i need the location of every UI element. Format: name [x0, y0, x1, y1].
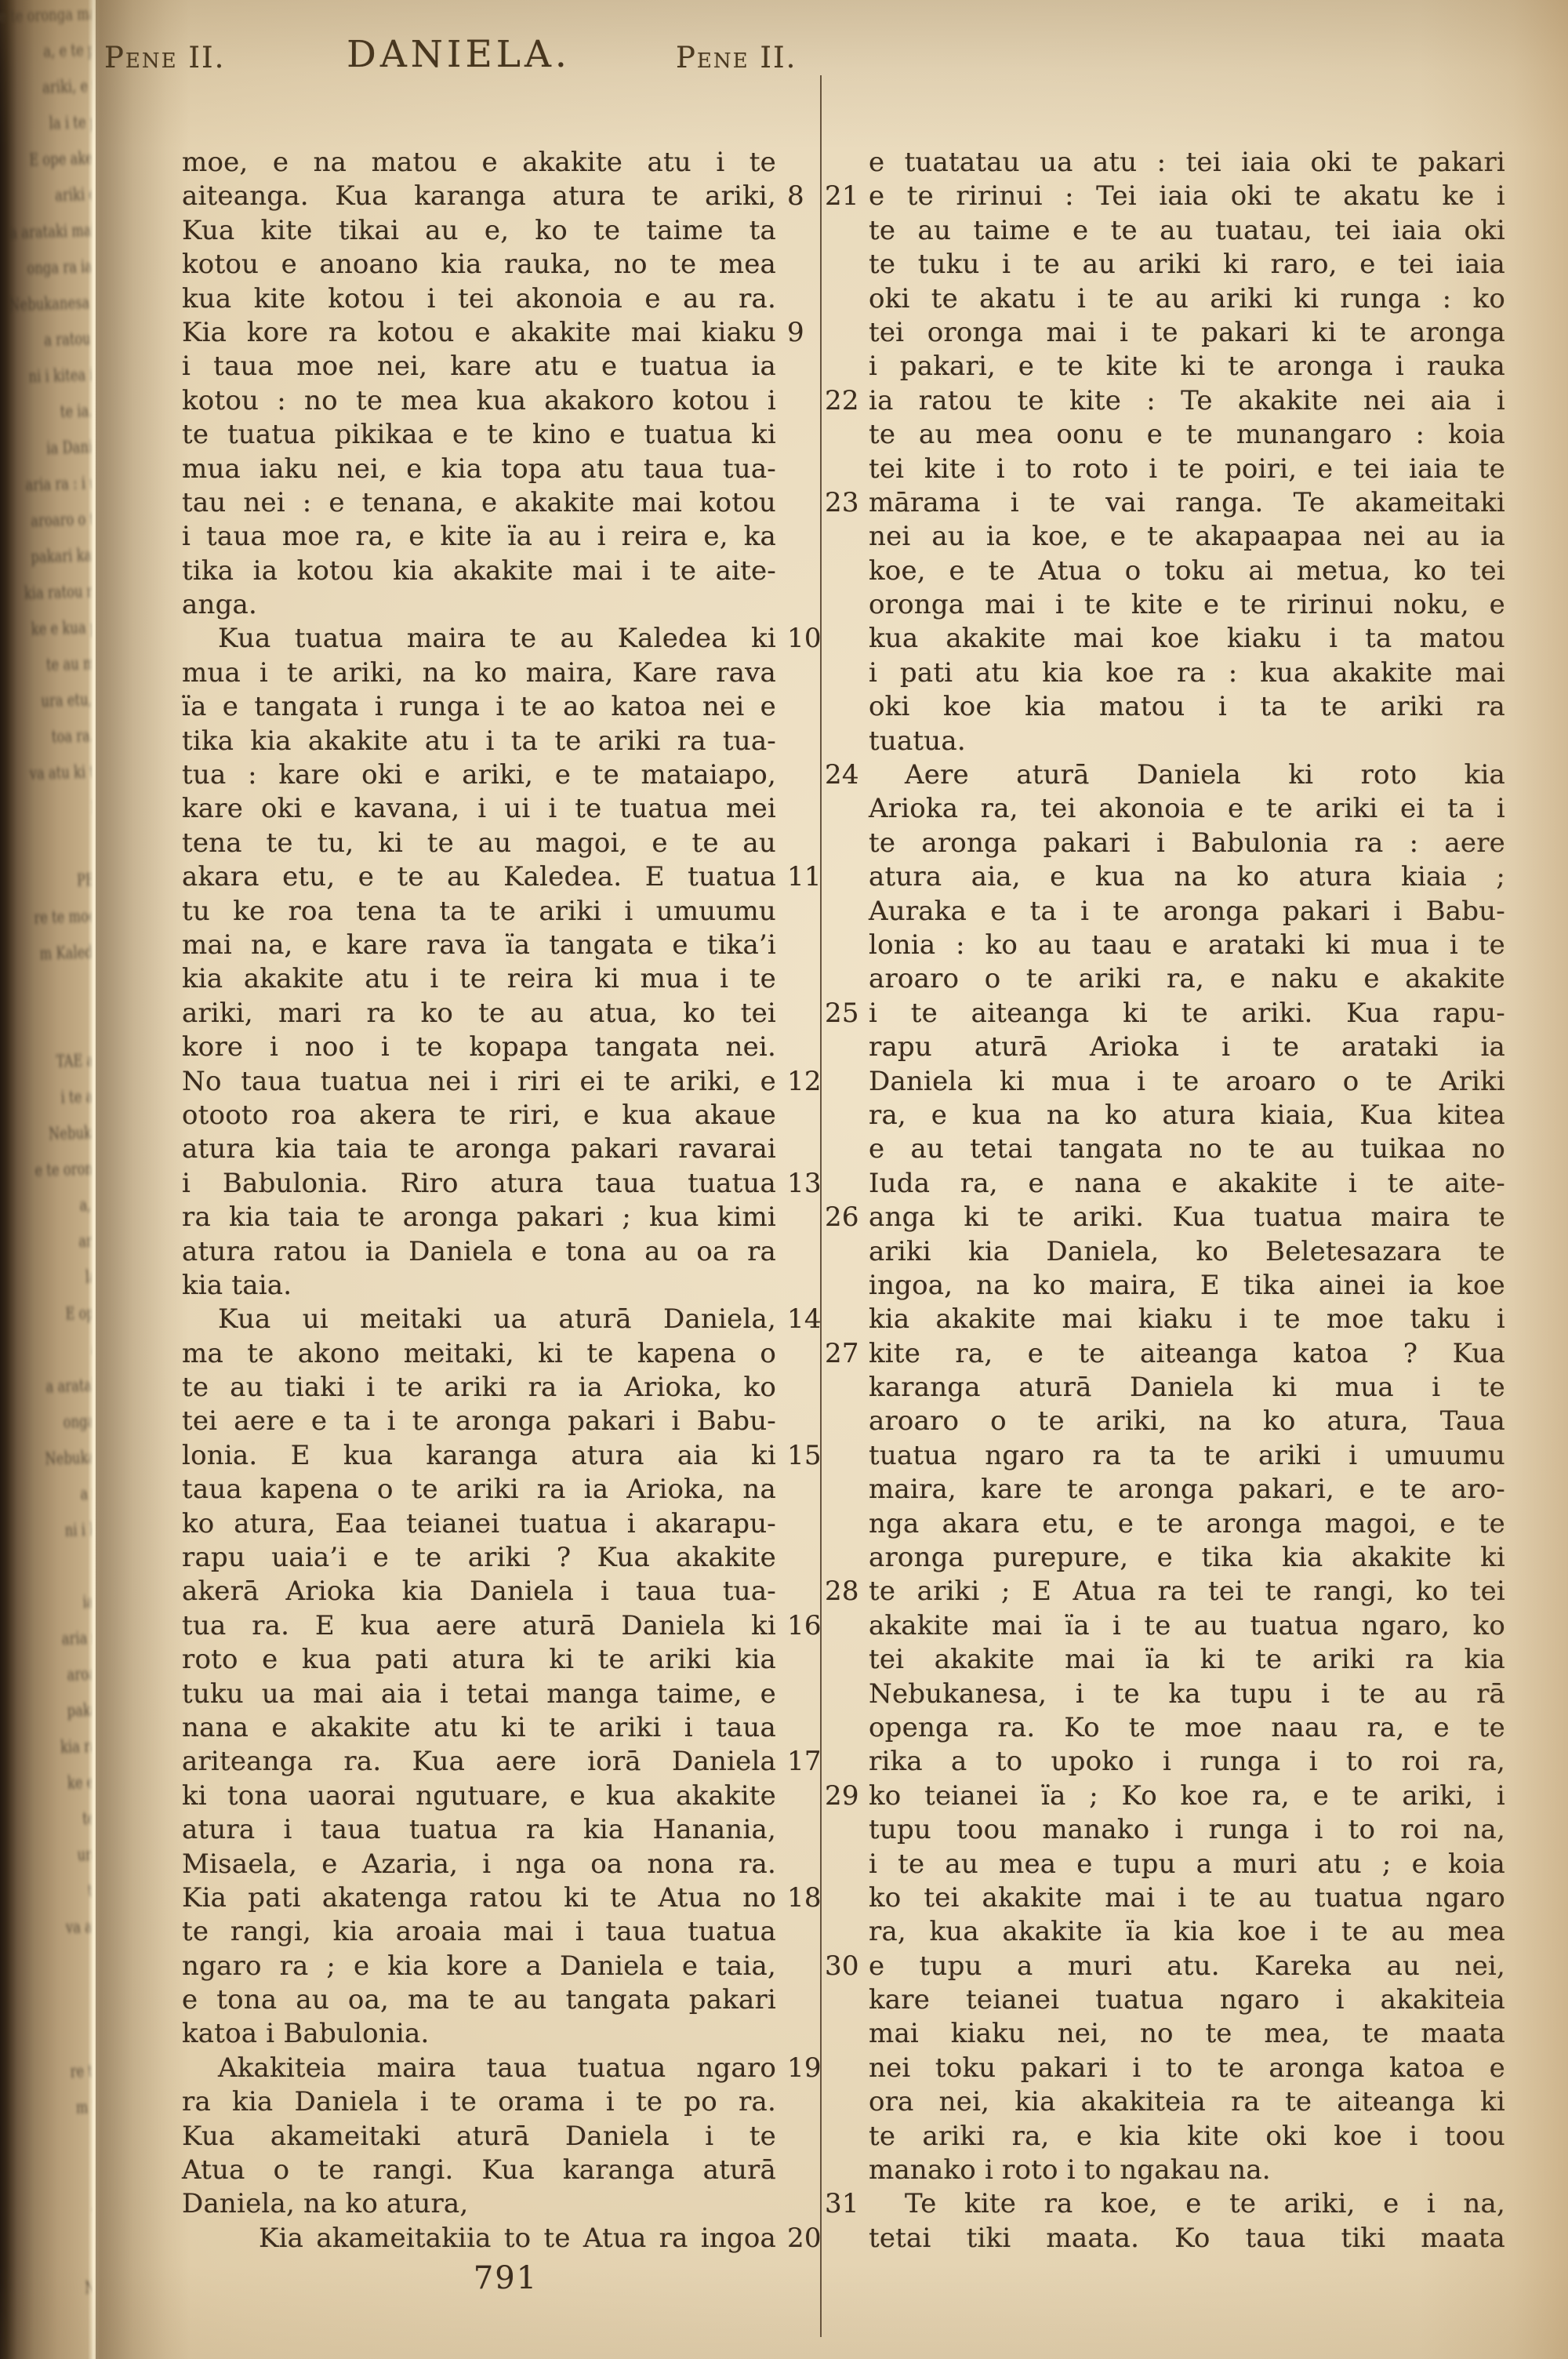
text-line: ko atura, Eaa teianei tuatua i akarapu- [182, 1507, 776, 1541]
verse-number: 25 [825, 997, 866, 1030]
text-line: rika a to upoko i runga i to roi ra, [869, 1745, 1505, 1779]
text-line: akakite mai ïa i te au tuatua ngaro, ko [869, 1609, 1505, 1643]
verse-number: 24 [825, 758, 866, 792]
text-line: tena te tu, ki te au magoi, e te au [182, 827, 776, 860]
text-line: tupu toou manako i runga i to roi na, [869, 1813, 1505, 1847]
text-line: moe, e na matou e akakite atu i te [182, 146, 776, 180]
facing-page-fragment: ariki e a [40, 1329, 93, 1369]
verse-number: 10 [787, 622, 822, 656]
facing-page-fragment: a arataki maira [41, 1365, 93, 1405]
text-line: lonia. E kua karanga atura aia ki15 [182, 1439, 776, 1473]
facing-page-fragment: onga ra ia ra [6, 248, 93, 287]
facing-page-fragment: ariki, e te [0, 67, 93, 107]
text-line: rapu aturā Arioka i te arataki ia [869, 1030, 1505, 1064]
text-line: e tuatatau ua atu : tei iaia oki te paka… [869, 146, 1505, 180]
verse-number: 12 [787, 1065, 822, 1099]
facing-page-fragment [24, 824, 93, 863]
text-line: lonia : ko au taau e arataki ki mua i te [869, 929, 1505, 962]
verse-number: 23 [825, 486, 866, 520]
text-line: kua kite kotou i tei akonoia e au ra. [182, 282, 776, 316]
text-line: e te ririnui : Tei iaia oki te akatu ke … [869, 180, 1505, 213]
facing-page-fragment: E ope akera [38, 1293, 93, 1332]
facing-page-fragment: a ratou ra. [8, 320, 93, 359]
verse-number: 13 [787, 1167, 822, 1201]
facing-page-fragment: PENE II [25, 860, 93, 900]
text-line: te au tiaki i te ariki ra ia Arioka, ko [182, 1371, 776, 1405]
text-line: ïa e tangata i runga i te ao katoa nei e [182, 690, 776, 724]
text-line: tika ia kotou kia akakite mai i te aite- [182, 554, 776, 588]
text-line: e tona au oa, ma te au tangata pakari [182, 1983, 776, 2017]
text-line: te tuku i te au ariki ki raro, e tei iai… [869, 248, 1505, 282]
verse-number: 20 [787, 2222, 822, 2255]
facing-page-fragment: te ia. Da [10, 392, 93, 431]
text-line: mua i te ariki, na ko maira, Kare rava [182, 656, 776, 690]
text-line: Aere aturā Daniela ki roto kia24 [869, 758, 1505, 792]
text-line: tei kite i to roto i te poiri, e tei iai… [869, 453, 1505, 486]
text-line: te au taime e te au tuatau, tei iaia oki [869, 214, 1505, 248]
facing-page-fragment: m Kaledea, ka [27, 932, 93, 972]
text-line: otooto roa akera te riri, e kua akaue [182, 1099, 776, 1132]
text-line: koe, e te Atua o toku ai metua, ko tei [869, 554, 1505, 588]
facing-page-fragment: ia Daniela, [48, 1582, 93, 1621]
facing-page-fragment: la i te po [38, 1257, 93, 1296]
facing-page-fragment: re te moe o Ne [27, 896, 93, 936]
text-line: kua akakite mai koe kiaku i ta matou [869, 622, 1505, 656]
text-line: tuatua. [869, 725, 1505, 758]
text-line: i pati atu kia koe ra : kua akakite mai [869, 656, 1505, 690]
text-line: te rangi, kia aroaia mai i taua tuatua [182, 1915, 776, 1949]
verse-number: 18 [787, 1881, 822, 1915]
verse-number: 21 [825, 180, 866, 213]
text-line: ngaro ra ; e kia kore a Daniela e taia, [182, 1950, 776, 1983]
facing-page-fragment: va atu ki te ma [22, 753, 93, 792]
facing-page-fragment: i te au o Ne [32, 1077, 93, 1116]
text-line: ma te akono meitaki, ki te kapena o [182, 1337, 776, 1371]
text-line: Kia kore ra kotou e akakite mai kiaku9 [182, 316, 776, 350]
text-line: anga. [182, 588, 776, 622]
facing-page-fragment: Nebukanesa i [33, 1113, 93, 1152]
facing-page-fragment: onga ra ia ra [42, 1401, 93, 1441]
text-line: Kua akameitaki aturā Daniela i te [182, 2120, 776, 2154]
facing-page-fragment: ra. [28, 969, 93, 1008]
text-line: ariki, mari ra ko te au atua, ko tei [182, 997, 776, 1030]
facing-page-fragment: te au magoi [18, 645, 93, 684]
text-line: ariki kia Daniela, ko Beletesazara te [869, 1235, 1505, 1269]
text-line: ra, kua akakite ïa kia koe i te au mea [869, 1915, 1505, 1949]
verse-number: 11 [787, 860, 822, 894]
text-line: mua iaku nei, e kia topa atu taua tua- [182, 453, 776, 486]
verse-number: 17 [787, 1745, 822, 1779]
verse-number: 26 [825, 1201, 866, 1234]
text-line: i Babulonia. Riro atura taua tuatua13 [182, 1167, 776, 1201]
text-line: tu ke roa tena ta te ariki i umuumu [182, 895, 776, 929]
text-line: Kua ui meitaki ua aturā Daniela,14 [182, 1303, 776, 1336]
text-line: te aronga pakari i Babulonia ra : aere [869, 827, 1505, 860]
text-line: akara etu, e te au Kaledea. E tuatua11 [182, 860, 776, 894]
text-line: katoa i Babulonia. [182, 2017, 776, 2051]
text-line: aiteanga. Kua karanga atura te ariki,8 [182, 180, 776, 213]
verse-number: 28 [825, 1575, 866, 1608]
text-line: Daniela, na ko atura, [182, 2187, 776, 2221]
text-line: te au mea oonu e te munangaro : koia [869, 418, 1505, 452]
facing-page-gutter: e te oronga mairaa, e te pōariki, e tela… [0, 0, 93, 2359]
text-line: anga ki te ariki. Kua tuatua maira te26 [869, 1201, 1505, 1234]
text-line: tuku ua mai aia i tetai manga taime, e [182, 1677, 776, 1711]
text-line: Kua tuatua maira te au Kaledea ki10 [182, 622, 776, 656]
text-line: oronga mai i te kite e te ririnui noku, … [869, 588, 1505, 622]
page-title: DANIELA. [329, 33, 588, 76]
text-line: mārama i te vai ranga. Te akameitaki23 [869, 486, 1505, 520]
text-line: ora nei, kia akakiteia ra te aiteanga ki [869, 2085, 1505, 2119]
text-line: ariteanga ra. Kua aere iorā Daniela17 [182, 1745, 776, 1779]
text-line: manako i roto i to ngakau na. [869, 2154, 1505, 2187]
text-line: ingoa, na ko maira, E tika ainei ia koe [869, 1269, 1505, 1303]
text-line: karanga aturā Daniela ki mua i te [869, 1371, 1505, 1405]
page-number: 791 [437, 2260, 574, 2296]
verse-number: 9 [787, 316, 804, 350]
text-line: kare oki e kavana, i ui i te tuatua mei [182, 792, 776, 826]
text-line: kore i noo i te kopapa tangata nei. [182, 1030, 776, 1064]
text-line: nga akara etu, e te aronga magoi, e te [869, 1507, 1505, 1541]
text-line: i taua moe ra, e kite ïa au i reira e, k… [182, 520, 776, 554]
text-line: Auraka e ta i te aronga pakari i Babu- [869, 895, 1505, 929]
facing-page-fragment: ia Daniela, [12, 428, 93, 467]
verse-number: 15 [787, 1439, 822, 1473]
facing-page-fragment: ura etu, e pō [20, 681, 93, 720]
text-line: Atua o te rangi. Kua karanga aturā [182, 2154, 776, 2187]
text-line: kia akakite mai kiaku i te moe taku i [869, 1303, 1505, 1336]
facing-page-fragment: E ope akera [2, 140, 93, 179]
text-line: kare teianei tuatua ngaro i akakiteia [869, 1983, 1505, 2017]
text-line: mai kiaku nei, no te mea, te maata [869, 2017, 1505, 2051]
facing-page-fragment: ariki e a [4, 176, 93, 215]
text-line: kite ra, e te aiteanga katoa ? Kua27 [869, 1337, 1505, 1371]
right-column: e tuatatau ua atu : tei iaia oki te paka… [869, 146, 1505, 2255]
text-line: taua kapena o te ariki ra ia Arioka, na [182, 1473, 776, 1507]
facing-page-fragment: ura etu, e pō [56, 1834, 93, 1874]
facing-page-fragment: a, e te pō [35, 1185, 93, 1224]
verse-number: 8 [787, 180, 804, 213]
facing-page-fragment: pakari kana e [15, 536, 93, 576]
text-line: Iuda ra, e nana e akakite i te aite- [869, 1167, 1505, 1201]
text-line: ra kia taia te aronga pakari ; kua kimi [182, 1201, 776, 1234]
verse-number: 31 [825, 2187, 866, 2221]
facing-page-fragment: la i te po [2, 104, 93, 143]
facing-page-fragment: e te oronga maira [0, 0, 93, 35]
text-line: nei au ia koe, e te akapaapaa nei au ia [869, 520, 1505, 554]
text-line: nei toku pakari i to te aronga katoa e [869, 2052, 1505, 2085]
text-line: Kia akameitakiia to te Atua ra ingoa20 [182, 2222, 776, 2255]
text-line: e tupu a muri atu. Kareka au nei,30 [869, 1950, 1505, 1983]
text-line: ra, e kua na ko atura kiaia, Kua kitea [869, 1099, 1505, 1132]
text-line: tuatua ngaro ra ta te ariki i umuumu [869, 1439, 1505, 1473]
text-line: nana e akakite atu ki te ariki i taua [182, 1711, 776, 1745]
text-line: oki te akatu i te au ariki ki runga : ko [869, 282, 1505, 316]
facing-page-fragment: pakari kana e [51, 1690, 93, 1729]
facing-page-fragment: a arataki maira [5, 212, 93, 251]
text-line: te tuatua pikikaa e te kino e tuatua ki [182, 418, 776, 452]
facing-page-fragment: e te oronga maira [34, 1149, 93, 1188]
facing-page-fragment [30, 1005, 93, 1044]
facing-page-fragment: kia ratou ra, ki [53, 1726, 93, 1765]
facing-page-fragment: TAE akera k [31, 1041, 93, 1080]
facing-page-fragment: Kuru. [23, 789, 93, 828]
text-line: atura ratou ia Daniela e tona au oa ra [182, 1235, 776, 1269]
facing-page-fragment: ke e kua pope [53, 1762, 93, 1801]
text-line: tau nei : e tenana, e akakite mai kotou [182, 486, 776, 520]
verse-number: 30 [825, 1950, 866, 1983]
verse-number: 14 [787, 1303, 822, 1336]
text-line: te ariki ; E Atua ra tei te rangi, ko te… [869, 1575, 1505, 1608]
text-line: i taua moe nei, kare atu e tuatua ia [182, 350, 776, 383]
text-line: openga ra. Ko te moe naau ra, e te [869, 1711, 1505, 1745]
text-line: kia taia. [182, 1269, 776, 1303]
text-line: tei akakite mai ïa ki te ariki ra kia [869, 1643, 1505, 1677]
text-line: akerā Arioka kia Daniela i taua tua- [182, 1575, 776, 1608]
facing-page-fragment: te au magoi [55, 1798, 93, 1837]
text-line: Arioka ra, tei akonoia e te ariki ei ta … [869, 792, 1505, 826]
gutter-shadow [96, 0, 190, 2359]
text-line: roto e kua pati atura ki te ariki kia [182, 1643, 776, 1677]
facing-page-fragment: ni i kitea i no [45, 1510, 93, 1549]
facing-page-fragment: Nebukanesa ra. [7, 284, 93, 323]
text-line: i te au mea e tupu a muri atu ; e koia [869, 1848, 1505, 1881]
text-line: tei aere e ta i te aronga pakari i Babu- [182, 1405, 776, 1438]
facing-page-fragment: ni i kitea i no [9, 356, 93, 395]
text-line: Te kite ra koe, e te ariki, e i na,31 [869, 2187, 1505, 2221]
text-line: aronga purepure, e tika kia akakite ki [869, 1541, 1505, 1575]
text-line: Kia pati akatenga ratou ki te Atua no18 [182, 1881, 776, 1915]
facing-page-fragment: aroaro o te ai [50, 1654, 93, 1693]
text-line: Kua kite tikai au e, ko te taime ta [182, 214, 776, 248]
text-line: ki tona uaorai ngutuare, e kua akakite [182, 1779, 776, 1813]
book-photo: e te oronga mairaa, e te pōariki, e tela… [0, 0, 1568, 2359]
text-line: ko teianei ïa ; Ko koe ra, e te ariki, i… [869, 1779, 1505, 1813]
text-line: i te aiteanga ki te ariki. Kua rapu-25 [869, 997, 1505, 1030]
text-line: tetai tiki maata. Ko taua tiki maata [869, 2222, 1505, 2255]
text-line: i pakari, e te kite ki te aronga i rauka [869, 350, 1505, 383]
text-line: Akakiteia maira taua tuatua ngaro19 [182, 2052, 776, 2085]
facing-page-fragment: kia ratou ra, ki [16, 572, 93, 612]
facing-page-fragment: ke e kua pope [17, 609, 93, 648]
verse-number: 22 [825, 384, 866, 418]
verse-number: 19 [787, 2052, 822, 2085]
text-line: Misaela, e Azaria, i nga oa nona ra. [182, 1848, 776, 1881]
text-line: aroaro o te ariki, na ko atura, Taua [869, 1405, 1505, 1438]
text-line: e au tetai tangata no te au tuikaa no [869, 1132, 1505, 1166]
text-line: Nebukanesa, i te ka tupu i te au rā [869, 1677, 1505, 1711]
text-line: kotou e anoano kia rauka, no te mea [182, 248, 776, 282]
verse-number: 16 [787, 1609, 822, 1643]
text-line: tua : kare oki e ariki, e te mataiapo, [182, 758, 776, 792]
text-line: tika kia akakite atu i ta te ariki ra tu… [182, 725, 776, 758]
text-line: kotou : no te mea kua akakoro kotou i [182, 384, 776, 418]
text-line: ko tei akakite mai i te au tuatua ngaro [869, 1881, 1505, 1915]
text-line: Daniela ki mua i te aroaro o te Ariki [869, 1065, 1505, 1099]
text-line: atura aia, e kua na ko atura kiaia ; [869, 860, 1505, 894]
text-line: atura kia taia te aronga pakari ravarai [182, 1132, 776, 1166]
text-line: oki koe kia matou i ta te ariki ra [869, 690, 1505, 724]
text-line: kia akakite atu i te reira ki mua i te [182, 962, 776, 996]
column-divider-rule [820, 75, 822, 2337]
running-head-left: Pene II. [104, 41, 225, 75]
text-line: aroaro o te ariki ra, e naku e akakite [869, 962, 1505, 996]
facing-page-fragment: Nebukanesa ra. [43, 1438, 93, 1477]
facing-page-fragment: te ia. Da [47, 1546, 93, 1585]
text-line: tei oronga mai i te pakari ki te aronga [869, 316, 1505, 350]
text-line: maira, kare te aronga pakari, e te aro- [869, 1473, 1505, 1507]
left-column: moe, e na matou e akakite atu i teaitean… [182, 146, 776, 2255]
facing-page-text: e te oronga mairaa, e te pōariki, e tela… [0, 0, 93, 2306]
facing-page-fragment: aria ra : i ua a [49, 1618, 93, 1657]
text-line: mai na, e kare rava ïa tangata e tika’i [182, 929, 776, 962]
verse-number: 27 [825, 1337, 866, 1371]
text-line: rapu uaia’i e te ariki ? Kua akakite [182, 1541, 776, 1575]
facing-page-fragment: aroaro o te ai [14, 500, 93, 540]
text-line: ra kia Daniela i te orama i te po ra. [182, 2085, 776, 2119]
verse-number: 29 [825, 1779, 866, 1813]
text-line: ia ratou te kite : Te akakite nei aia i2… [869, 384, 1505, 418]
text-line: tua ra. E kua aere aturā Daniela ki16 [182, 1609, 776, 1643]
text-line: atura i taua tuatua ra kia Hanania, [182, 1813, 776, 1847]
facing-page-fragment: ariki, e te [37, 1221, 93, 1260]
text-line: te ariki ra, e kia kite oki koe i toou [869, 2120, 1505, 2154]
facing-page-fragment: aria ra : i ua a [13, 464, 93, 503]
facing-page-fragment: a ratou ra. [45, 1474, 93, 1513]
text-line: No taua tuatua nei i riri ei te ariki, e… [182, 1065, 776, 1099]
running-head-right: Pene II. [676, 41, 797, 75]
facing-page-fragment: a, e te pō [0, 31, 93, 71]
facing-page-fragment: toa ra. Te o [20, 717, 93, 756]
